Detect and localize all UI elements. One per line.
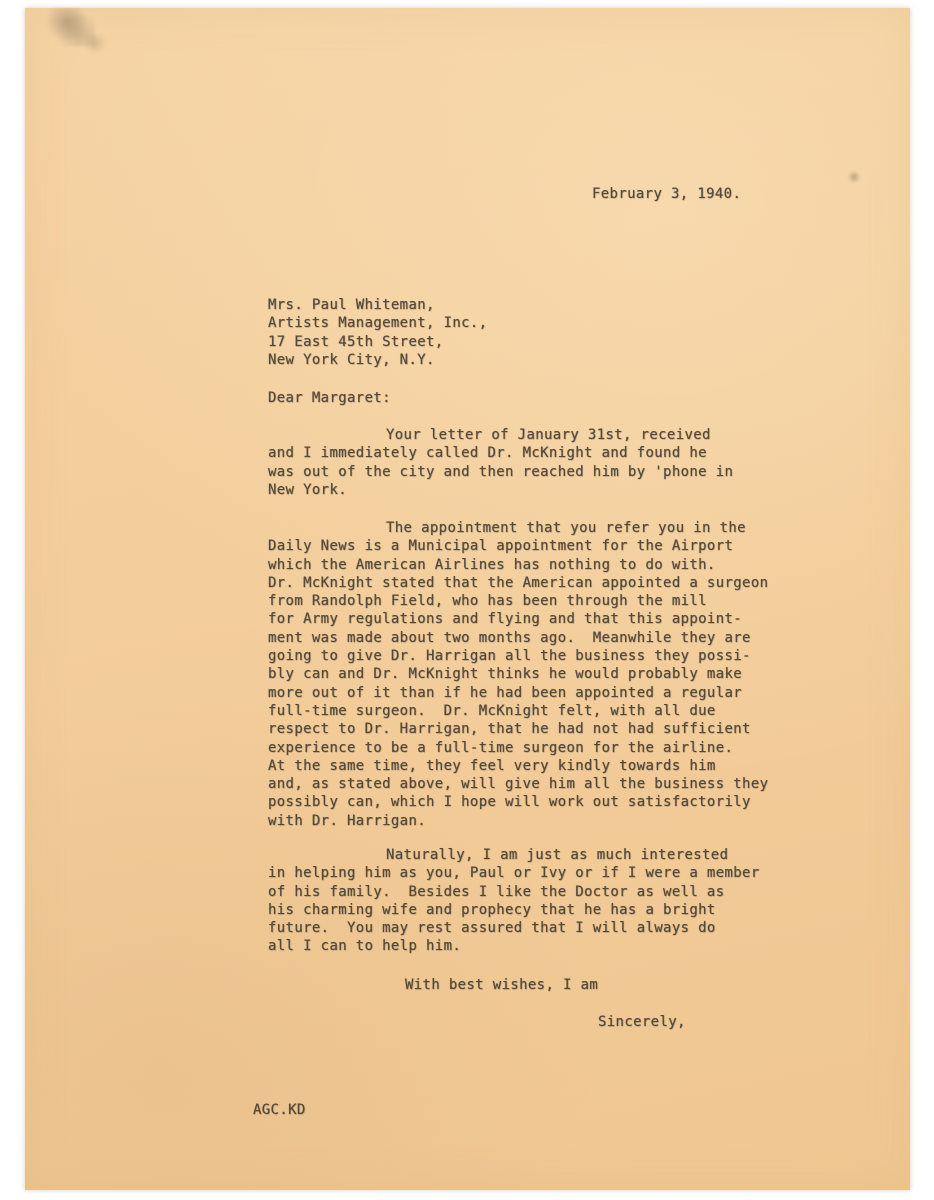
- letter-page: February 3, 1940. Mrs. Paul Whiteman, Ar…: [25, 8, 910, 1190]
- ink-speck: [847, 170, 861, 184]
- paragraph-2: The appointment that you refer you in th…: [268, 519, 768, 830]
- pencil-smudge: [80, 32, 110, 54]
- paragraph-3: Naturally, I am just as much interested …: [268, 846, 760, 956]
- recipient-address: Mrs. Paul Whiteman, Artists Management, …: [268, 296, 487, 369]
- closing-line: With best wishes, I am: [405, 976, 598, 994]
- typist-initials: AGC.KD: [253, 1101, 306, 1119]
- paragraph-1: Your letter of January 31st, received an…: [268, 426, 733, 499]
- signoff: Sincerely,: [598, 1013, 686, 1031]
- salutation: Dear Margaret:: [268, 389, 391, 407]
- pencil-smudge: [43, 8, 95, 46]
- letter-date: February 3, 1940.: [592, 185, 741, 203]
- scan-background: February 3, 1940. Mrs. Paul Whiteman, Ar…: [0, 0, 934, 1200]
